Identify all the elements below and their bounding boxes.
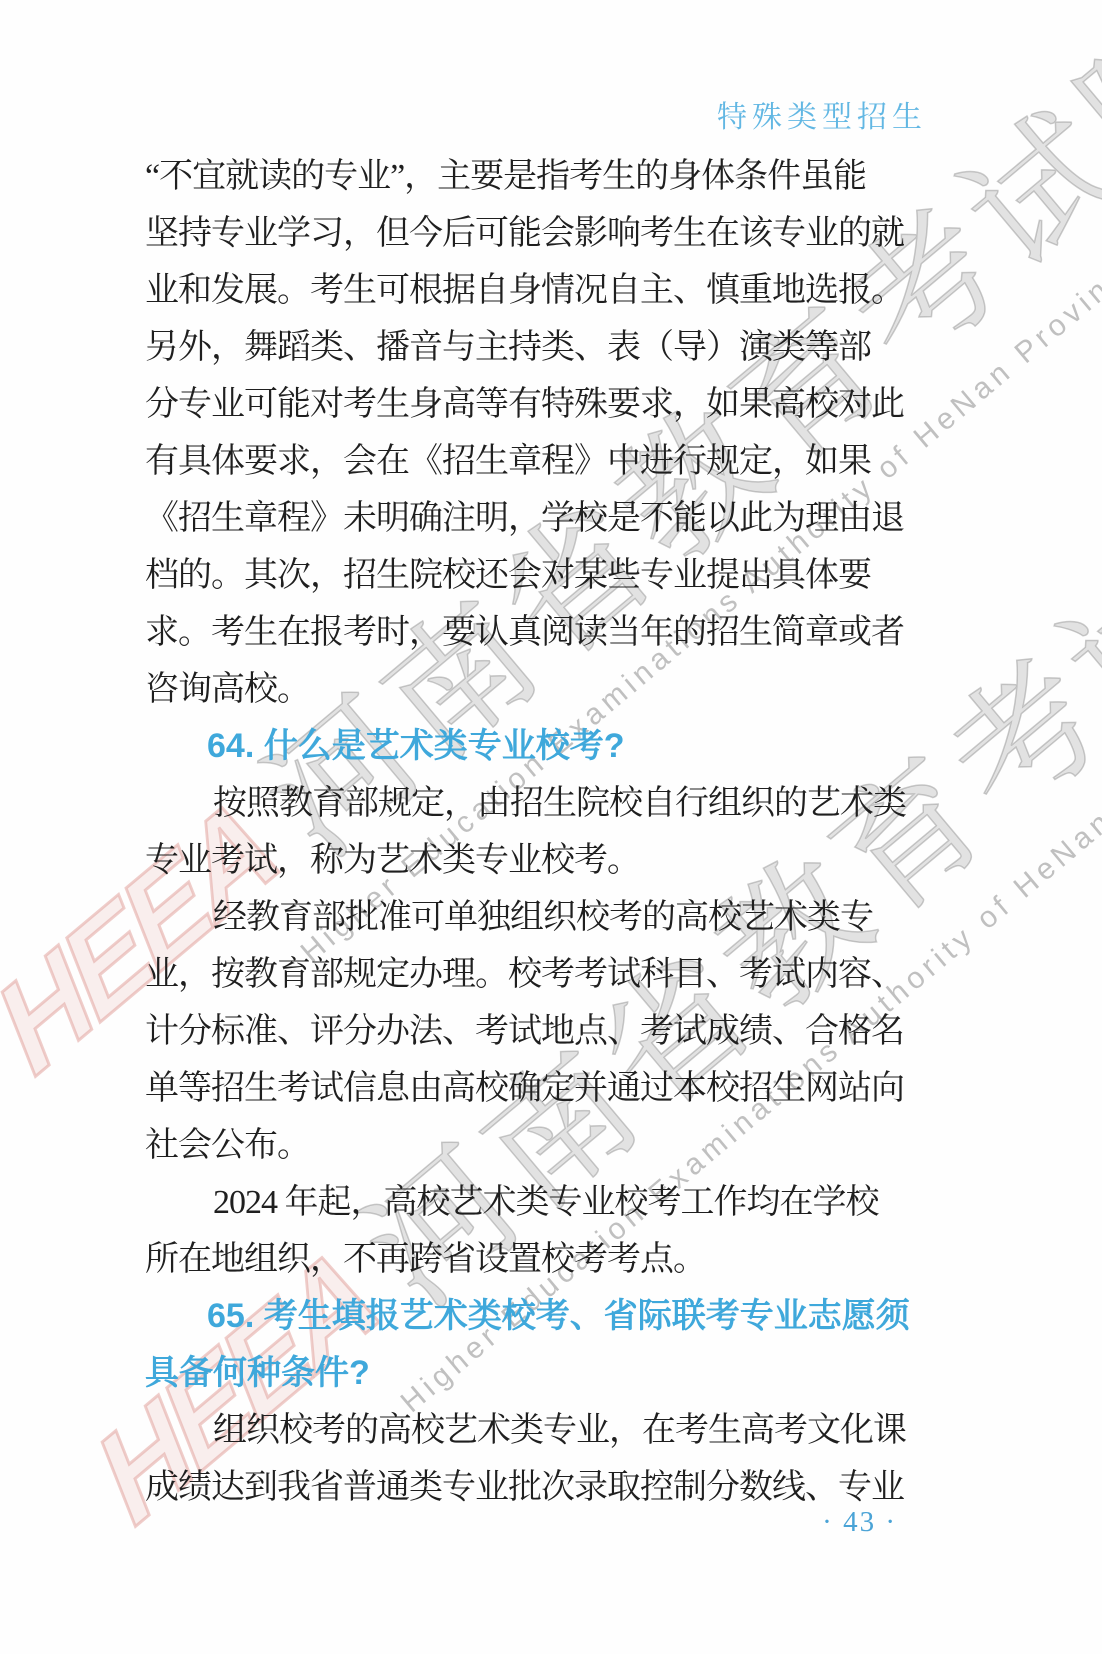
- running-header: 特殊类型招生: [717, 92, 927, 136]
- text-line: 计分标准、评分办法、考试地点、考试成绩、合格名: [145, 1003, 911, 1060]
- text-line: 成绩达到我省普通类专业批次录取控制分数线、专业: [145, 1459, 911, 1516]
- text-line: 档的。其次，招生院校还会对某些专业提出具体要: [145, 547, 911, 604]
- document-page: HEEA 河南省教育考试院 Higher Education Examinati…: [0, 0, 1102, 1654]
- text-line: 《招生章程》未明确注明，学校是不能以此为理由退: [145, 490, 911, 547]
- text-line: 2024 年起，高校艺术类专业校考工作均在学校: [145, 1174, 911, 1231]
- text-line: 咨询高校。: [145, 661, 911, 718]
- text-line: “不宜就读的专业”，主要是指考生的身体条件虽能: [145, 148, 911, 205]
- section-heading-line: 64. 什么是艺术类专业校考?: [145, 718, 911, 775]
- text-line: 经教育部批准可单独组织校考的高校艺术类专: [145, 889, 911, 946]
- text-line: 坚持专业学习，但今后可能会影响考生在该专业的就: [145, 205, 911, 262]
- text-line: 有具体要求，会在《招生章程》中进行规定，如果: [145, 433, 911, 490]
- text-line: 专业考试，称为艺术类专业校考。: [145, 832, 911, 889]
- text-line: 求。考生在报考时，要认真阅读当年的招生简章或者: [145, 604, 911, 661]
- text-line: 业和发展。考生可根据自身情况自主、慎重地选报。: [145, 262, 911, 319]
- body-text: “不宜就读的专业”，主要是指考生的身体条件虽能坚持专业学习，但今后可能会影响考生…: [145, 148, 911, 1516]
- text-line: 组织校考的高校艺术类专业，在考生高考文化课: [145, 1402, 911, 1459]
- text-line: 业，按教育部规定办理。校考考试科目、考试内容、: [145, 946, 911, 1003]
- section-heading-line: 65. 考生填报艺术类校考、省际联考专业志愿须: [145, 1288, 911, 1345]
- page-number: · 43 ·: [822, 1506, 897, 1539]
- text-line: 另外，舞蹈类、播音与主持类、表（导）演类等部: [145, 319, 911, 376]
- text-line: 所在地组织，不再跨省设置校考考点。: [145, 1231, 911, 1288]
- section-heading-line: 具备何种条件?: [145, 1345, 911, 1402]
- text-line: 社会公布。: [145, 1117, 911, 1174]
- text-line: 分专业可能对考生身高等有特殊要求，如果高校对此: [145, 376, 911, 433]
- text-line: 按照教育部规定，由招生院校自行组织的艺术类: [145, 775, 911, 832]
- text-line: 单等招生考试信息由高校确定并通过本校招生网站向: [145, 1060, 911, 1117]
